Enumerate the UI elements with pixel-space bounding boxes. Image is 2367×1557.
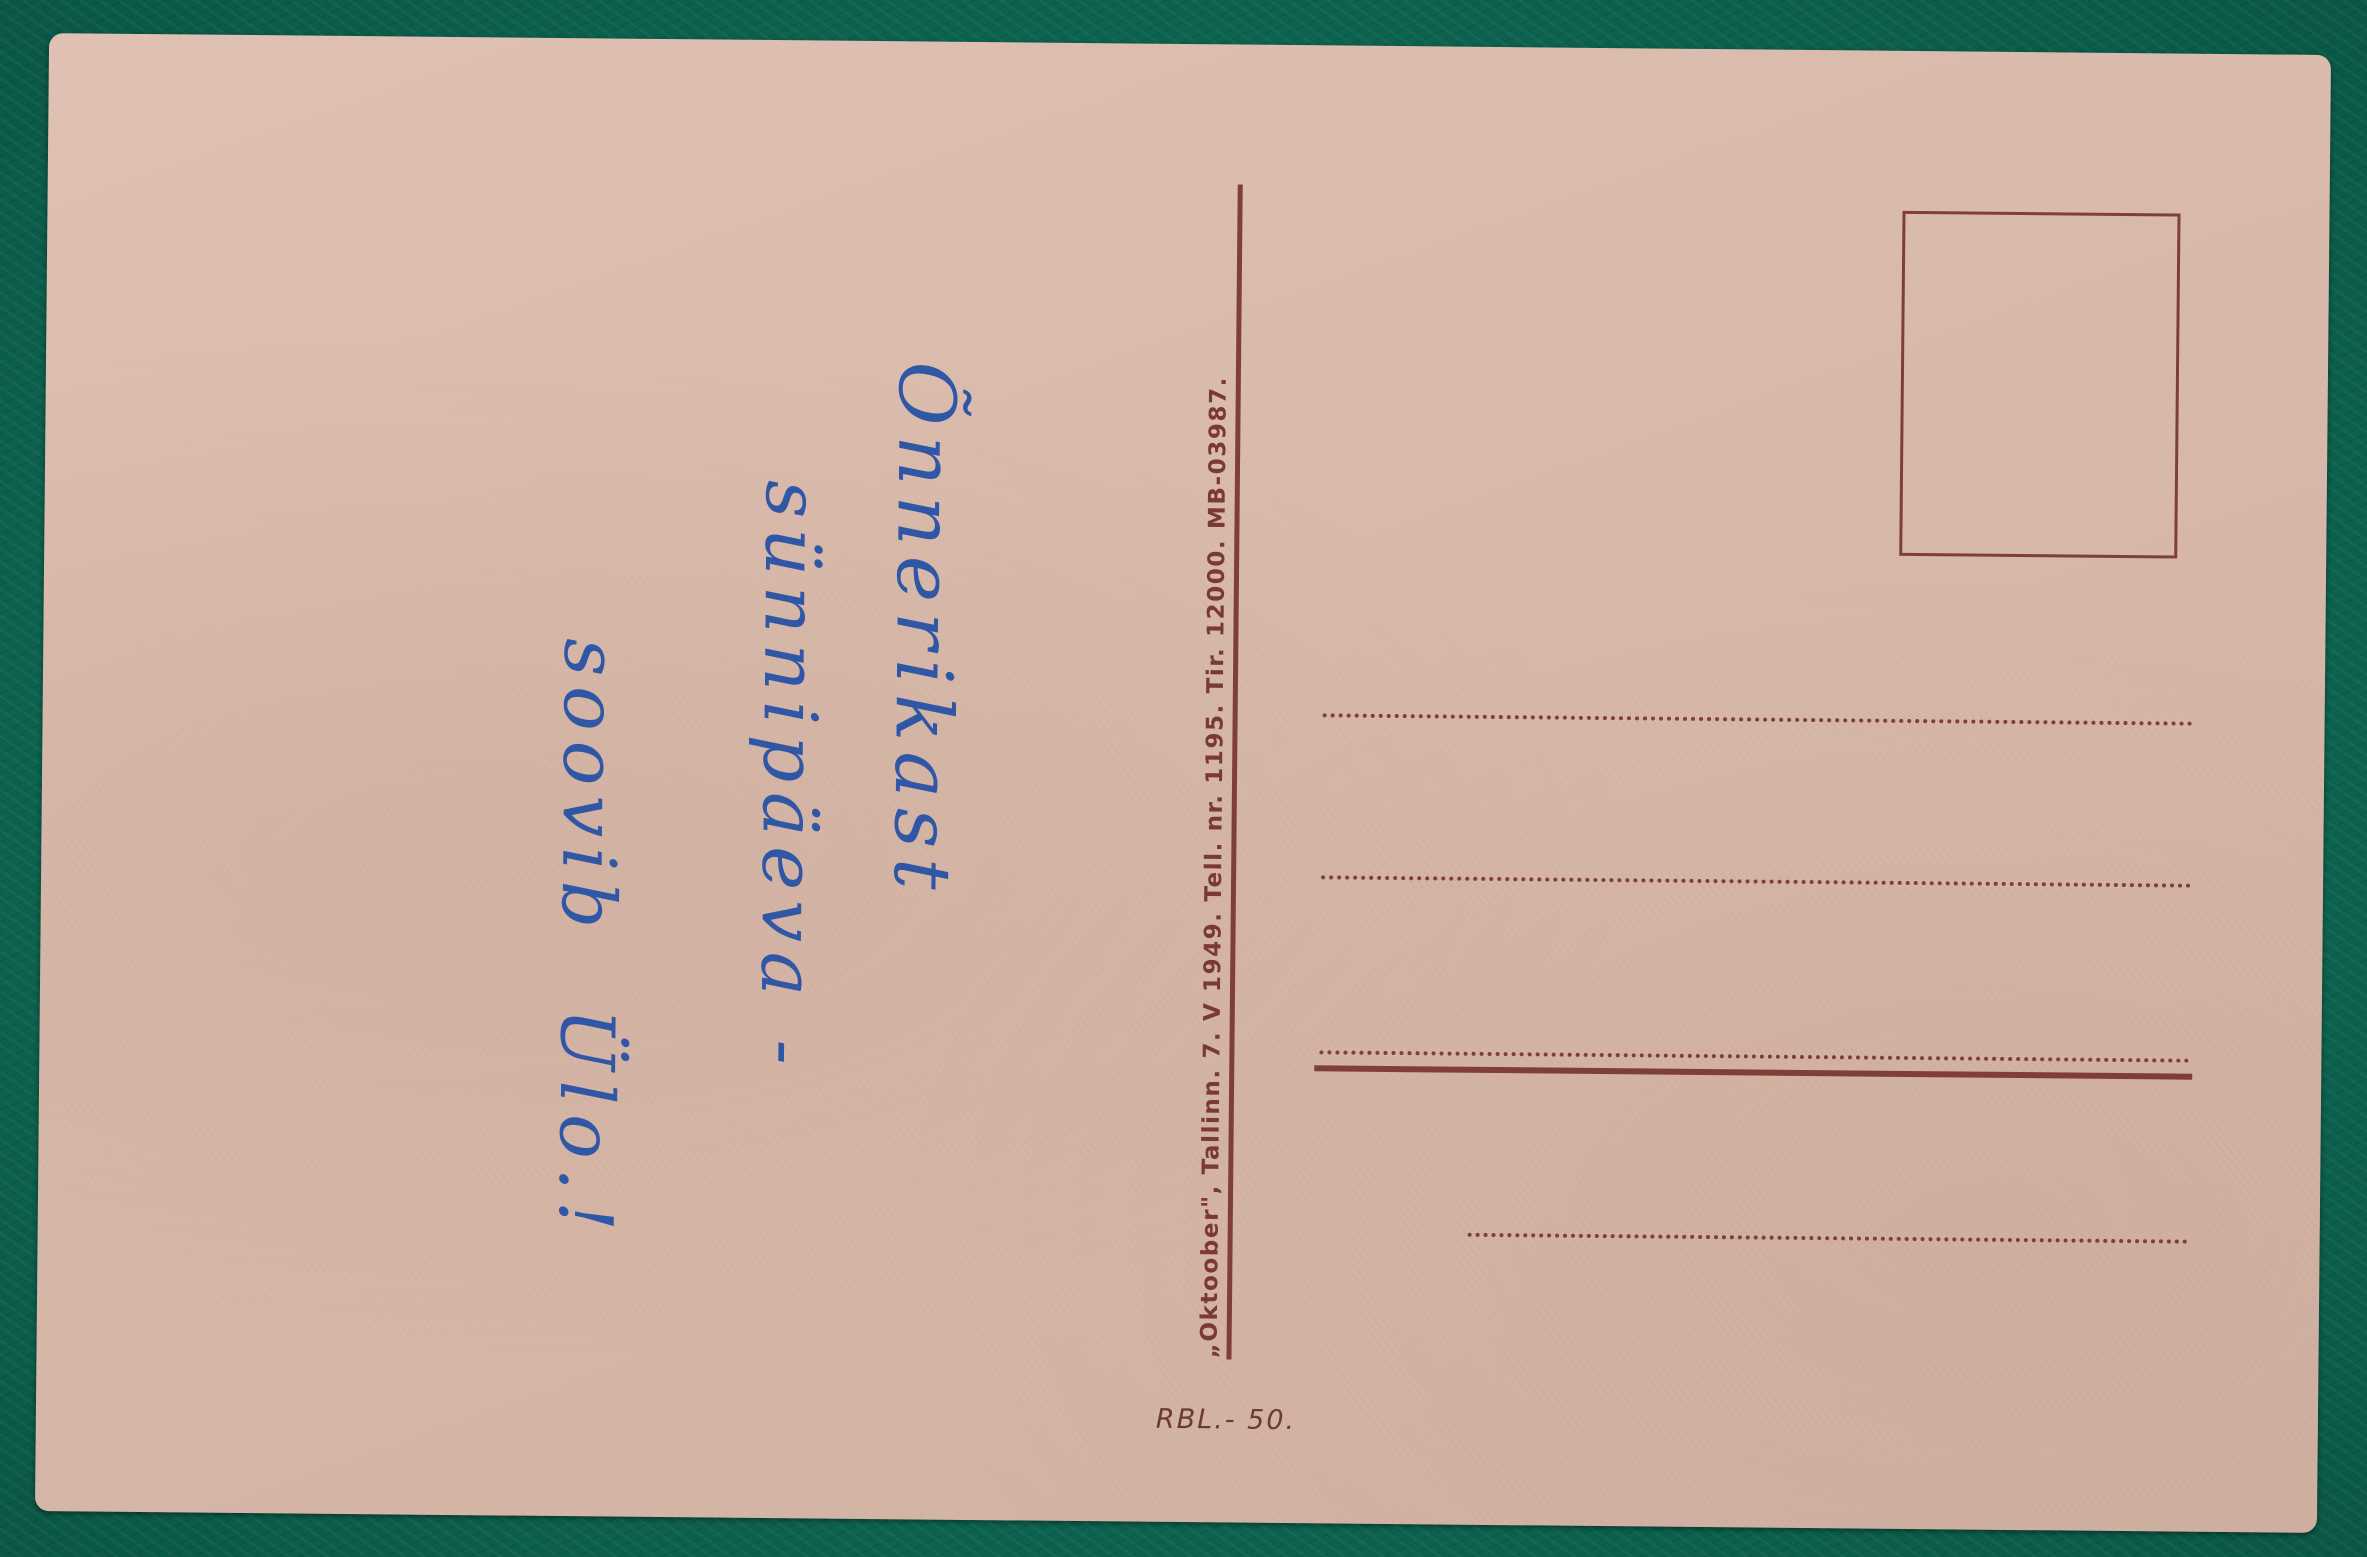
handwritten-line-1: Õnnerikast [876, 361, 971, 900]
address-line-4 [1468, 1233, 2188, 1244]
address-underline-solid [1314, 1065, 2192, 1079]
handwritten-text: Õnnerikast [876, 361, 971, 900]
handwritten-greeting: soovib [544, 638, 633, 939]
handwritten-line-2: sünnipäeva - [743, 480, 835, 1075]
stamp-box [1899, 211, 2180, 559]
address-line-3 [1319, 1050, 2189, 1062]
series-code: RBL.- 50. [1156, 1404, 1296, 1436]
handwritten-signature: Ülo.! [542, 1008, 630, 1241]
handwritten-text: sünnipäeva - [743, 480, 835, 1075]
postcard-back: Õnnerikast sünnipäeva - soovibÜlo.! „Okt… [35, 33, 2331, 1533]
address-line-1 [1323, 713, 2193, 725]
address-line-2 [1321, 875, 2191, 887]
handwritten-line-3: soovibÜlo.! [542, 638, 634, 1241]
